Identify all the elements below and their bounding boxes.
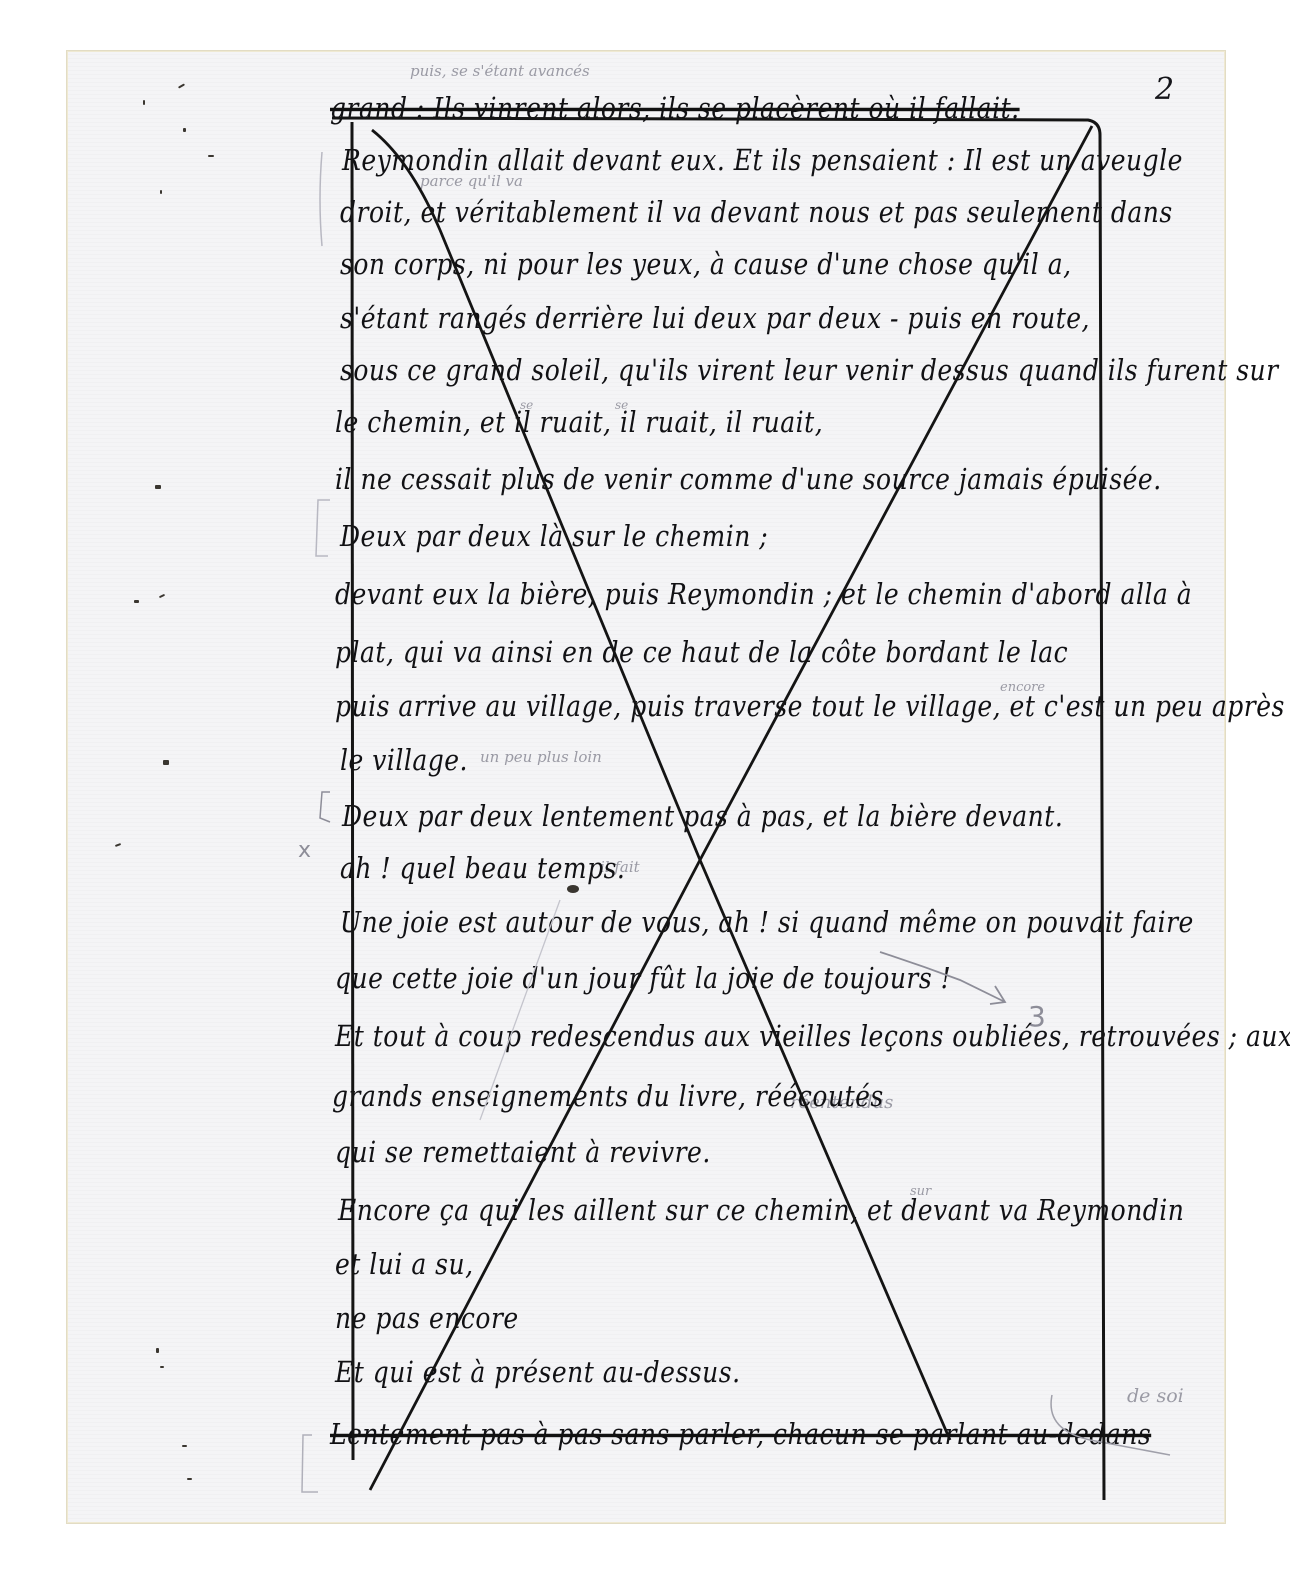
manuscript-line: grand : Ils vinrent alors, ils se placèr…: [330, 92, 1020, 125]
ink-speck: [182, 1445, 187, 1447]
manuscript-line: et lui a su,: [335, 1248, 474, 1281]
manuscript-line: Et tout à coup redescendus aux vieilles …: [335, 1020, 1290, 1053]
manuscript-line: le village.: [340, 744, 468, 777]
pencil-margin-x: x: [298, 838, 311, 863]
ink-speck: [155, 485, 161, 489]
pencil-annotation: de soi: [1127, 1385, 1184, 1407]
ink-speck: [187, 1478, 192, 1480]
manuscript-line: ah ! quel beau temps.: [340, 852, 625, 885]
manuscript-line: son corps, ni pour les yeux, à cause d'u…: [340, 248, 1072, 281]
ink-speck: [208, 155, 214, 157]
ink-speck: [183, 128, 186, 132]
ink-speck: [134, 600, 139, 603]
pencil-annotation: un peu plus loin: [480, 748, 602, 766]
page-number: 2: [1155, 72, 1174, 107]
manuscript-line: ne pas encore: [335, 1302, 519, 1335]
manuscript-line: Deux par deux là sur le chemin ;: [340, 520, 768, 553]
ink-speck: [160, 1366, 164, 1368]
manuscript-line: Encore ça qui les aillent sur ce chemin,…: [338, 1194, 1184, 1227]
manuscript-line: il ne cessait plus de venir comme d'une …: [335, 463, 1162, 496]
manuscript-line: droit, et véritablement il va devant nou…: [340, 196, 1173, 229]
manuscript-line: Et qui est à présent au-dessus.: [335, 1356, 741, 1389]
manuscript-line: grands enseignements du livre, réécoutés: [332, 1080, 884, 1113]
ink-speck: [156, 1348, 159, 1353]
manuscript-line: Lentement pas à pas sans parler, chacun …: [330, 1418, 1151, 1451]
manuscript-line: Une joie est autour de vous, ah ! si qua…: [340, 906, 1194, 939]
manuscript-line: s'étant rangés derrière lui deux par deu…: [340, 302, 1090, 335]
ink-speck: [143, 100, 145, 105]
pencil-annotation: puis, se s'étant avancés: [410, 62, 590, 80]
manuscript-line: devant eux la bière, puis Reymondin ; et…: [335, 578, 1192, 611]
manuscript-line: Deux par deux lentement pas à pas, et la…: [342, 800, 1063, 833]
manuscript-line: sous ce grand soleil, qu'ils virent leur…: [340, 354, 1279, 387]
manuscript-line: puis arrive au village, puis traverse to…: [335, 690, 1285, 723]
manuscript-line: le chemin, et il ruait, il ruait, il rua…: [335, 406, 823, 439]
manuscript-line: Reymondin allait devant eux. Et ils pens…: [342, 144, 1183, 177]
ink-speck: [163, 760, 169, 765]
manuscript-line: qui se remettaient à revivre.: [335, 1136, 711, 1169]
ink-speck: [160, 190, 162, 194]
manuscript-line: que cette joie d'un jour fût la joie de …: [335, 962, 951, 995]
ink-speck: [567, 885, 579, 893]
manuscript-line: plat, qui va ainsi en de ce haut de la c…: [335, 636, 1068, 669]
